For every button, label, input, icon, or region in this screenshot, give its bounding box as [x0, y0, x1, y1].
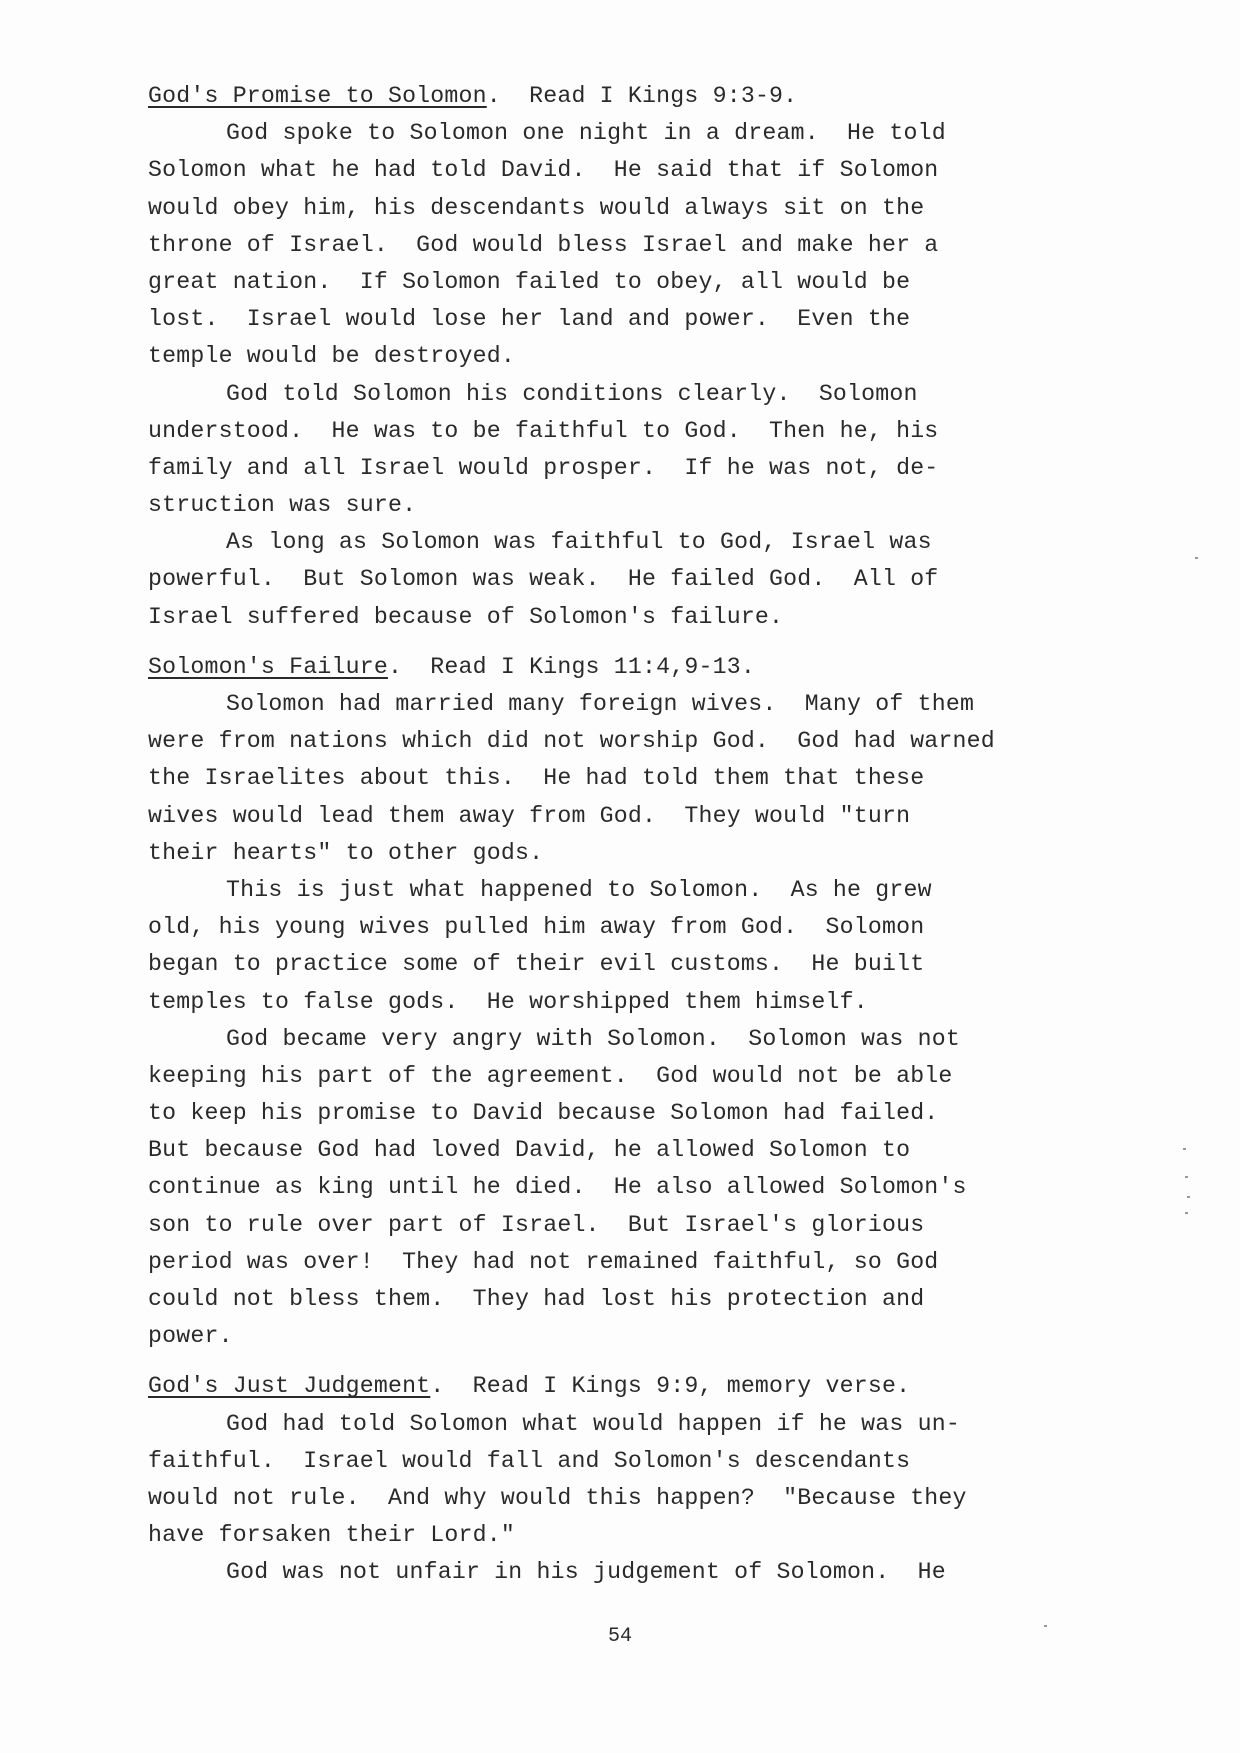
text-line: As long as Solomon was faithful to God, … — [148, 524, 1088, 561]
text-line: Solomon had married many foreign wives. … — [148, 686, 1088, 723]
text-line: could not bless them. They had lost his … — [148, 1281, 1088, 1318]
text-line: son to rule over part of Israel. But Isr… — [148, 1207, 1088, 1244]
scripture-reference: . Read I Kings 9:3-9. — [487, 83, 798, 109]
section-gap — [148, 636, 1088, 649]
scan-speck — [1185, 1212, 1188, 1214]
paragraph: As long as Solomon was faithful to God, … — [148, 524, 1088, 636]
text-line: God was not unfair in his judgement of S… — [148, 1554, 1088, 1591]
section-heading: God's Just Judgement. Read I Kings 9:9, … — [148, 1368, 1088, 1405]
text-line: lost. Israel would lose her land and pow… — [148, 301, 1088, 338]
scan-speck — [1195, 557, 1198, 559]
paragraph: This is just what happened to Solomon. A… — [148, 872, 1088, 1021]
text-line: Israel suffered because of Solomon's fai… — [148, 599, 1088, 636]
text-line: God had told Solomon what would happen i… — [148, 1406, 1088, 1443]
text-line: God spoke to Solomon one night in a drea… — [148, 115, 1088, 152]
text-line: powerful. But Solomon was weak. He faile… — [148, 561, 1088, 598]
section-title: God's Promise to Solomon — [148, 83, 487, 109]
section-gap — [148, 1355, 1088, 1368]
paragraph: God had told Solomon what would happen i… — [148, 1406, 1088, 1555]
text-line: God told Solomon his conditions clearly.… — [148, 376, 1088, 413]
section-heading: Solomon's Failure. Read I Kings 11:4,9-1… — [148, 649, 1088, 686]
scan-speck — [1185, 1176, 1188, 1178]
text-line: have forsaken their Lord." — [148, 1517, 1088, 1554]
text-line: wives would lead them away from God. The… — [148, 798, 1088, 835]
text-line: the Israelites about this. He had told t… — [148, 760, 1088, 797]
text-line: period was over! They had not remained f… — [148, 1244, 1088, 1281]
paragraph: God was not unfair in his judgement of S… — [148, 1554, 1088, 1591]
paragraph: Solomon had married many foreign wives. … — [148, 686, 1088, 872]
text-line: power. — [148, 1318, 1088, 1355]
text-line: their hearts" to other gods. — [148, 835, 1088, 872]
text-line: Solomon what he had told David. He said … — [148, 152, 1088, 189]
text-line: understood. He was to be faithful to God… — [148, 413, 1088, 450]
text-line: were from nations which did not worship … — [148, 723, 1088, 760]
section-title: God's Just Judgement — [148, 1373, 430, 1399]
text-line: old, his young wives pulled him away fro… — [148, 909, 1088, 946]
paragraph: God spoke to Solomon one night in a drea… — [148, 115, 1088, 375]
text-line: continue as king until he died. He also … — [148, 1169, 1088, 1206]
section-heading: God's Promise to Solomon. Read I Kings 9… — [148, 78, 1088, 115]
paragraph: God became very angry with Solomon. Solo… — [148, 1021, 1088, 1356]
text-line: would obey him, his descendants would al… — [148, 190, 1088, 227]
text-line: family and all Israel would prosper. If … — [148, 450, 1088, 487]
document-body: God's Promise to Solomon. Read I Kings 9… — [148, 78, 1088, 1592]
scripture-reference: . Read I Kings 9:9, memory verse. — [430, 1373, 910, 1399]
text-line: temple would be destroyed. — [148, 338, 1088, 375]
text-line: This is just what happened to Solomon. A… — [148, 872, 1088, 909]
section-title: Solomon's Failure — [148, 654, 388, 680]
text-line: began to practice some of their evil cus… — [148, 946, 1088, 983]
page-number: 54 — [0, 1625, 1240, 1648]
text-line: But because God had loved David, he allo… — [148, 1132, 1088, 1169]
paragraph: God told Solomon his conditions clearly.… — [148, 376, 1088, 525]
text-line: faithful. Israel would fall and Solomon'… — [148, 1443, 1088, 1480]
text-line: keeping his part of the agreement. God w… — [148, 1058, 1088, 1095]
text-line: throne of Israel. God would bless Israel… — [148, 227, 1088, 264]
text-line: temples to false gods. He worshipped the… — [148, 984, 1088, 1021]
scripture-reference: . Read I Kings 11:4,9-13. — [388, 654, 755, 680]
scan-speck — [1187, 1196, 1190, 1198]
text-line: to keep his promise to David because Sol… — [148, 1095, 1088, 1132]
scan-speck — [1183, 1148, 1186, 1150]
document-page: God's Promise to Solomon. Read I Kings 9… — [0, 0, 1240, 1753]
scan-speck — [1044, 1625, 1047, 1627]
text-line: struction was sure. — [148, 487, 1088, 524]
text-line: great nation. If Solomon failed to obey,… — [148, 264, 1088, 301]
text-line: would not rule. And why would this happe… — [148, 1480, 1088, 1517]
text-line: God became very angry with Solomon. Solo… — [148, 1021, 1088, 1058]
